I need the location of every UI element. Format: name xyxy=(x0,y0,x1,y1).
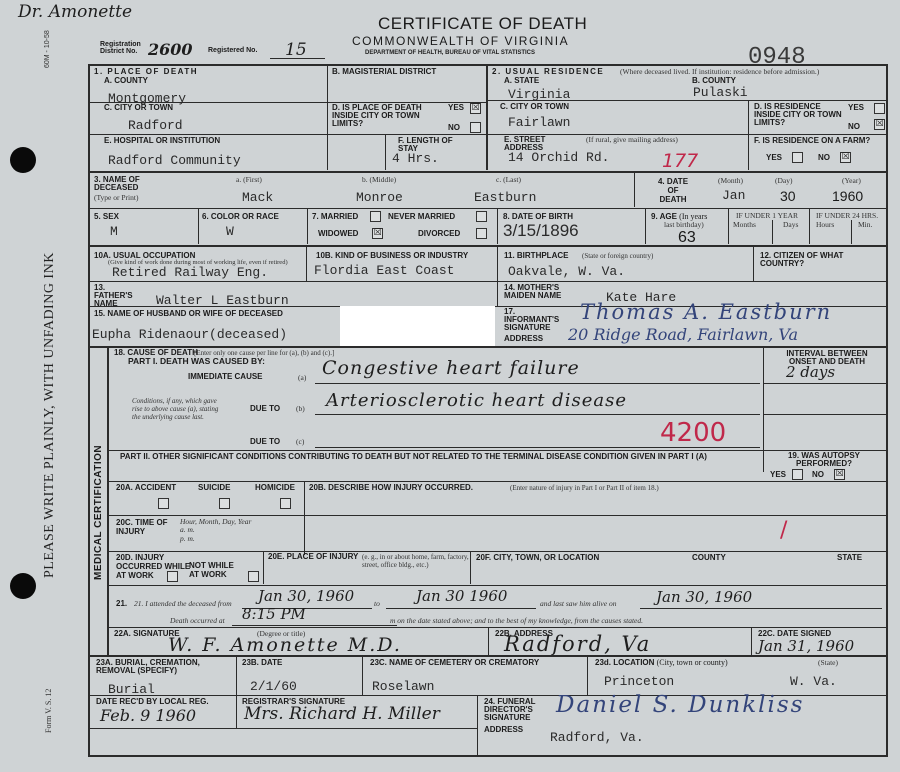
section-rule xyxy=(90,171,886,173)
conditions-note: Conditions, if any, which gave rise to a… xyxy=(132,397,228,421)
place-of-injury-label: 20e. PLACE OF INJURY xyxy=(268,553,358,561)
married-label: 7. MARRIED xyxy=(312,213,358,221)
middle-name: Monroe xyxy=(356,191,403,205)
rule xyxy=(90,134,486,135)
divider xyxy=(645,208,646,244)
burial-date: 2/1/60 xyxy=(250,680,297,694)
divider xyxy=(587,655,588,696)
autopsy-no-label: NO xyxy=(812,471,824,479)
line xyxy=(640,608,882,609)
immediate-letter: (a) xyxy=(298,374,306,382)
rule xyxy=(764,414,886,415)
divider xyxy=(488,627,489,655)
spouse-name: Eupha Ridenaour(deceased) xyxy=(92,328,287,342)
divorced-label: DIVORCED xyxy=(418,230,460,238)
frame-bottom xyxy=(88,755,888,757)
rule xyxy=(108,551,886,552)
under-day-label: IF UNDER 24 HRS. xyxy=(816,212,878,220)
inside-city-no-checkbox[interactable] xyxy=(470,122,481,133)
accident-label: 20a. ACCIDENT xyxy=(116,484,176,492)
dob-label: 8. DATE OF BIRTH xyxy=(503,213,573,221)
redacted-area xyxy=(340,306,495,346)
divider xyxy=(307,208,308,244)
divider xyxy=(198,208,199,244)
day-label: (Day) xyxy=(775,177,793,185)
describe-note: (Enter nature of injury in Part I or Par… xyxy=(510,484,659,492)
death-day: 30 xyxy=(780,188,796,204)
never-married-checkbox[interactable] xyxy=(476,211,487,222)
at-work-label: 20d. INJURY OCCURRED WHILE AT WORK xyxy=(116,553,194,580)
location-note: (City, town or county) xyxy=(657,658,728,667)
c-letter: (c) xyxy=(296,438,304,446)
location-label: 23d. LOCATION (City, town or county) xyxy=(595,659,728,667)
registration-district-no: 2600 xyxy=(148,40,193,59)
divider xyxy=(470,551,471,584)
res-inside-label: d. IS RESIDENCE INSIDE CITY OR TOWN LIMI… xyxy=(754,103,846,127)
funeral-address-label: ADDRESS xyxy=(484,726,523,734)
not-at-work-label: NOT WHILE AT WORK xyxy=(189,561,239,579)
place-of-death-label: 1. PLACE OF DEATH xyxy=(94,68,198,76)
state-label: a. STATE xyxy=(504,77,539,85)
sex: M xyxy=(110,225,118,239)
divider xyxy=(763,347,764,472)
death-year: 1960 xyxy=(832,188,863,204)
race-label: 6. COLOR OR RACE xyxy=(202,213,279,221)
rule xyxy=(764,383,886,384)
mins-label: Min. xyxy=(858,221,872,229)
certificate-title: CERTIFICATE OF DEATH xyxy=(378,14,587,34)
name-note: (Type or Print) xyxy=(94,194,138,202)
inside-city-yes-checkbox[interactable]: ☒ xyxy=(470,103,481,114)
frame-left xyxy=(88,64,90,757)
describe-label: 20b. DESCRIBE HOW INJURY OCCURRED. xyxy=(309,484,473,492)
registrar-signature: Mrs. Richard H. Miller xyxy=(244,704,440,724)
death-certificate: Dr. Amonette CERTIFICATE OF DEATH COMMON… xyxy=(0,0,900,772)
due-to-b-label: DUE TO xyxy=(250,405,280,413)
rule xyxy=(90,346,886,348)
certificate-subtitle: COMMONWEALTH OF VIRGINIA xyxy=(352,34,569,48)
street-address: 14 Orchid Rd. xyxy=(508,151,609,165)
doctor-annotation: Dr. Amonette xyxy=(18,2,132,22)
res-inside-yes-checkbox[interactable] xyxy=(874,103,885,114)
last-seen-label: and last saw him alive on xyxy=(540,600,616,608)
rule xyxy=(108,627,886,628)
red-code-4200: 4200 xyxy=(660,418,726,448)
due-to-c-label: DUE TO xyxy=(250,438,280,446)
date-received: Feb. 9 1960 xyxy=(100,706,196,725)
burial-date-label: 23b. DATE xyxy=(242,659,282,667)
funeral-director-signature: Daniel S. Dunkliss xyxy=(556,692,804,718)
rule xyxy=(108,481,886,482)
res-no-label: NO xyxy=(848,123,860,131)
divider xyxy=(327,66,328,170)
rule xyxy=(90,281,886,282)
rule xyxy=(90,208,886,209)
farm-yes-label: YES xyxy=(766,154,782,162)
rule xyxy=(488,100,886,101)
date-recd-label: DATE REC'D BY LOCAL REG. xyxy=(96,698,209,706)
divider xyxy=(851,220,852,244)
inside-city-no-label: NO xyxy=(448,124,460,132)
rule xyxy=(108,515,886,516)
inside-city-label: d. IS PLACE OF DEATH INSIDE CITY OR TOWN… xyxy=(332,104,440,128)
divider xyxy=(497,208,498,244)
immediate-cause: Congestive heart failure xyxy=(322,357,580,379)
name-label: 3. NAME OF DECEASED xyxy=(94,176,164,192)
rule xyxy=(90,728,478,729)
hospital: Radford Community xyxy=(108,154,241,168)
hours-label: Hours xyxy=(816,221,834,229)
due-to-b: Arteriosclerotic heart disease xyxy=(326,390,627,411)
city-label: c. CITY OR TOWN xyxy=(104,104,173,112)
part1-label: PART I. DEATH WAS CAUSED BY: xyxy=(128,357,265,365)
sex-label: 5. SEX xyxy=(94,213,119,221)
age-note-2: last birthday) xyxy=(664,221,704,229)
registration-district-label: Registration District No. xyxy=(100,41,140,55)
divider xyxy=(728,208,729,244)
burial-location: Princeton xyxy=(604,675,674,689)
business: Flordia East Coast xyxy=(314,264,454,278)
street-note: (If rural, give mailing address) xyxy=(586,136,678,144)
rule xyxy=(108,450,886,451)
autopsy-label: 19. WAS AUTOPSY PERFORMED? xyxy=(769,452,879,468)
under-year-label: IF UNDER 1 YEAR xyxy=(736,212,798,220)
divider xyxy=(748,100,749,170)
farm-no-checkbox[interactable]: ☒ xyxy=(840,152,851,163)
injury-state-label: STATE xyxy=(837,554,862,562)
informant-label: 17. INFORMANT'S SIGNATURE xyxy=(504,308,564,332)
rule xyxy=(90,245,886,247)
date-of-birth: 3/15/1896 xyxy=(503,221,579,241)
never-married-label: NEVER MARRIED xyxy=(388,213,455,221)
injury-county-label: COUNTY xyxy=(692,554,726,562)
form-number: Form V. S. 12 xyxy=(44,689,53,733)
suicide-label: SUICIDE xyxy=(198,484,230,492)
autopsy-yes-label: YES xyxy=(770,471,786,479)
informant-address-label: ADDRESS xyxy=(504,335,543,343)
homicide-checkbox[interactable] xyxy=(280,498,291,509)
medical-certification-label: MEDICAL CERTIFICATION xyxy=(93,445,104,580)
divider xyxy=(306,245,307,281)
attended-to: Jan 30 1960 xyxy=(416,587,507,605)
rule xyxy=(488,134,886,135)
divider xyxy=(753,245,754,281)
first-label: a. (First) xyxy=(236,176,262,184)
part2-label: PART II. OTHER SIGNIFICANT CONDITIONS CO… xyxy=(120,452,740,461)
medical-divider xyxy=(107,347,109,655)
divider xyxy=(263,551,264,584)
widowed-label: WIDOWED xyxy=(318,230,358,238)
burial-state: W. Va. xyxy=(790,675,837,689)
last-name: Eastburn xyxy=(474,191,536,205)
disposition-label: 23a. BURIAL, CREMATION, REMOVAL (Specify… xyxy=(96,659,226,675)
registered-no: 15 xyxy=(285,40,307,60)
item-21: 21. xyxy=(116,600,127,608)
death-time: 8:15 PM xyxy=(242,605,306,623)
accident-checkbox[interactable] xyxy=(158,498,169,509)
informant-address: 20 Ridge Road, Fairlawn, Va xyxy=(568,325,798,344)
am-label: a. m. xyxy=(180,526,195,534)
time-of-injury-label: 20c. TIME OF INJURY xyxy=(116,518,176,536)
burial-state-label: (State) xyxy=(818,659,838,667)
b-letter: (b) xyxy=(296,405,305,413)
days-label: Days xyxy=(783,221,798,229)
physician-address: Radford, Va xyxy=(504,632,651,656)
attended-label: 21. I attended the deceased from xyxy=(134,600,232,608)
divider xyxy=(772,220,773,244)
divider xyxy=(634,171,635,207)
divider xyxy=(304,481,305,555)
divider xyxy=(751,627,752,655)
homicide-label: HOMICIDE xyxy=(255,484,295,492)
last-seen: Jan 30, 1960 xyxy=(656,588,752,606)
inside-city-yes-label: YES xyxy=(448,104,464,112)
divorced-checkbox[interactable] xyxy=(476,228,487,239)
magisterial-label: b. MAGISTERIAL DISTRICT xyxy=(332,68,436,76)
widowed-checkbox[interactable]: ☒ xyxy=(372,228,383,239)
mother-label: 14. MOTHER'S MAIDEN NAME xyxy=(504,284,564,300)
cemetery-label: 23c. NAME OF CEMETERY OR CREMATORY xyxy=(370,659,539,667)
informant-signature: Thomas A. Eastburn xyxy=(580,300,832,324)
birthplace-note: (State or foreign country) xyxy=(582,252,653,260)
res-inside-no-checkbox[interactable]: ☒ xyxy=(874,119,885,130)
not-at-work-checkbox[interactable] xyxy=(248,571,259,582)
attended-from: Jan 30, 1960 xyxy=(258,587,354,605)
dod-label: 4. DATE OF DEATH xyxy=(655,177,691,204)
divider xyxy=(385,134,386,170)
farm-yes-checkbox[interactable] xyxy=(792,152,803,163)
date-signed: Jan 31, 1960 xyxy=(758,637,854,655)
res-city-label: c. CITY OR TOWN xyxy=(500,103,569,111)
to-label: to xyxy=(374,600,380,608)
frame-top xyxy=(88,64,888,66)
funeral-director-label: 24. FUNERAL DIRECTOR'S SIGNATURE xyxy=(484,698,564,722)
res-yes-label: YES xyxy=(848,104,864,112)
divider xyxy=(497,281,498,307)
residence-city: Fairlawn xyxy=(508,116,570,130)
line-a xyxy=(315,383,760,384)
autopsy-yes-checkbox[interactable] xyxy=(792,469,803,480)
interval: 2 days xyxy=(786,363,835,381)
months-label: Months xyxy=(733,221,756,229)
department-line: DEPARTMENT OF HEALTH, BUREAU OF VITAL ST… xyxy=(365,50,535,56)
at-work-checkbox[interactable] xyxy=(167,571,178,582)
funeral-address: Radford, Va. xyxy=(550,731,644,745)
county-label: a. COUNTY xyxy=(104,77,148,85)
red-mark: / xyxy=(780,518,787,543)
injury-city-label: 20f. CITY, TOWN, OR LOCATION xyxy=(476,554,599,562)
married-checkbox[interactable] xyxy=(370,211,381,222)
divider xyxy=(236,655,237,728)
divider xyxy=(497,245,498,281)
divider xyxy=(362,655,363,696)
divider xyxy=(809,208,810,244)
residence-county: Pulaski xyxy=(693,86,748,100)
year-label: (Year) xyxy=(842,177,861,185)
side-instruction: PLEASE WRITE PLAINLY, WITH UNFADING INK xyxy=(42,252,58,578)
spouse-label: 15. NAME OF HUSBAND OR WIFE OF DECEASED xyxy=(94,310,283,318)
death-month: Jan xyxy=(722,189,745,203)
race: W xyxy=(226,225,234,239)
length-of-stay: 4 Hrs. xyxy=(392,152,439,166)
line xyxy=(232,625,397,626)
immediate-label: IMMEDIATE CAUSE xyxy=(188,373,263,381)
punch-hole-top xyxy=(10,147,36,173)
death-city: Radford xyxy=(128,119,183,133)
place-note: (e. g., in or about home, farm, factory,… xyxy=(362,553,470,569)
month-label: (Month) xyxy=(718,177,743,185)
line xyxy=(386,608,536,609)
farm-no-label: NO xyxy=(818,154,830,162)
occupation: Retired Railway Eng. xyxy=(112,266,268,280)
residence-note: (Where deceased lived. If institution: r… xyxy=(620,68,819,76)
birthplace-label: 11. BIRTHPLACE xyxy=(504,252,568,260)
autopsy-no-checkbox[interactable]: ☒ xyxy=(834,469,845,480)
suicide-checkbox[interactable] xyxy=(219,498,230,509)
registered-no-label: Registered No. xyxy=(208,47,257,55)
res-county-label: b. COUNTY xyxy=(692,77,736,85)
usual-residence-label: 2. USUAL RESIDENCE xyxy=(492,68,604,76)
form-print-code: 60M - 10-58 xyxy=(44,30,51,68)
divider xyxy=(486,66,488,170)
punch-hole-bottom xyxy=(10,573,36,599)
middle-label: b. (Middle) xyxy=(362,176,396,184)
last-label: c. (Last) xyxy=(496,176,521,184)
rule xyxy=(108,585,886,586)
farm-label: f. IS RESIDENCE ON A FARM? xyxy=(754,137,870,145)
frame-right xyxy=(886,64,888,757)
death-at-note: m on the date stated above; and to the b… xyxy=(390,617,643,625)
first-name: Mack xyxy=(242,191,273,205)
line-b xyxy=(315,414,760,415)
cemetery: Roselawn xyxy=(372,680,434,694)
death-at-label: Death occurred at xyxy=(170,617,225,625)
business-label: 10b. KIND OF BUSINESS OR INDUSTRY xyxy=(316,252,468,260)
citizen-label: 12. CITIZEN OF WHAT COUNTRY? xyxy=(760,252,870,268)
hospital-label: e. HOSPITAL OR INSTITUTION xyxy=(104,137,220,145)
red-code-177: 177 xyxy=(662,150,698,172)
physician-signature: W. F. Amonette M.D. xyxy=(168,634,402,656)
father-label: 13. FATHER'S NAME xyxy=(94,284,134,308)
birthplace: Oakvale, W. Va. xyxy=(508,265,625,279)
section-rule xyxy=(90,655,886,657)
pm-label: p. m. xyxy=(180,535,195,543)
divider xyxy=(477,695,478,755)
